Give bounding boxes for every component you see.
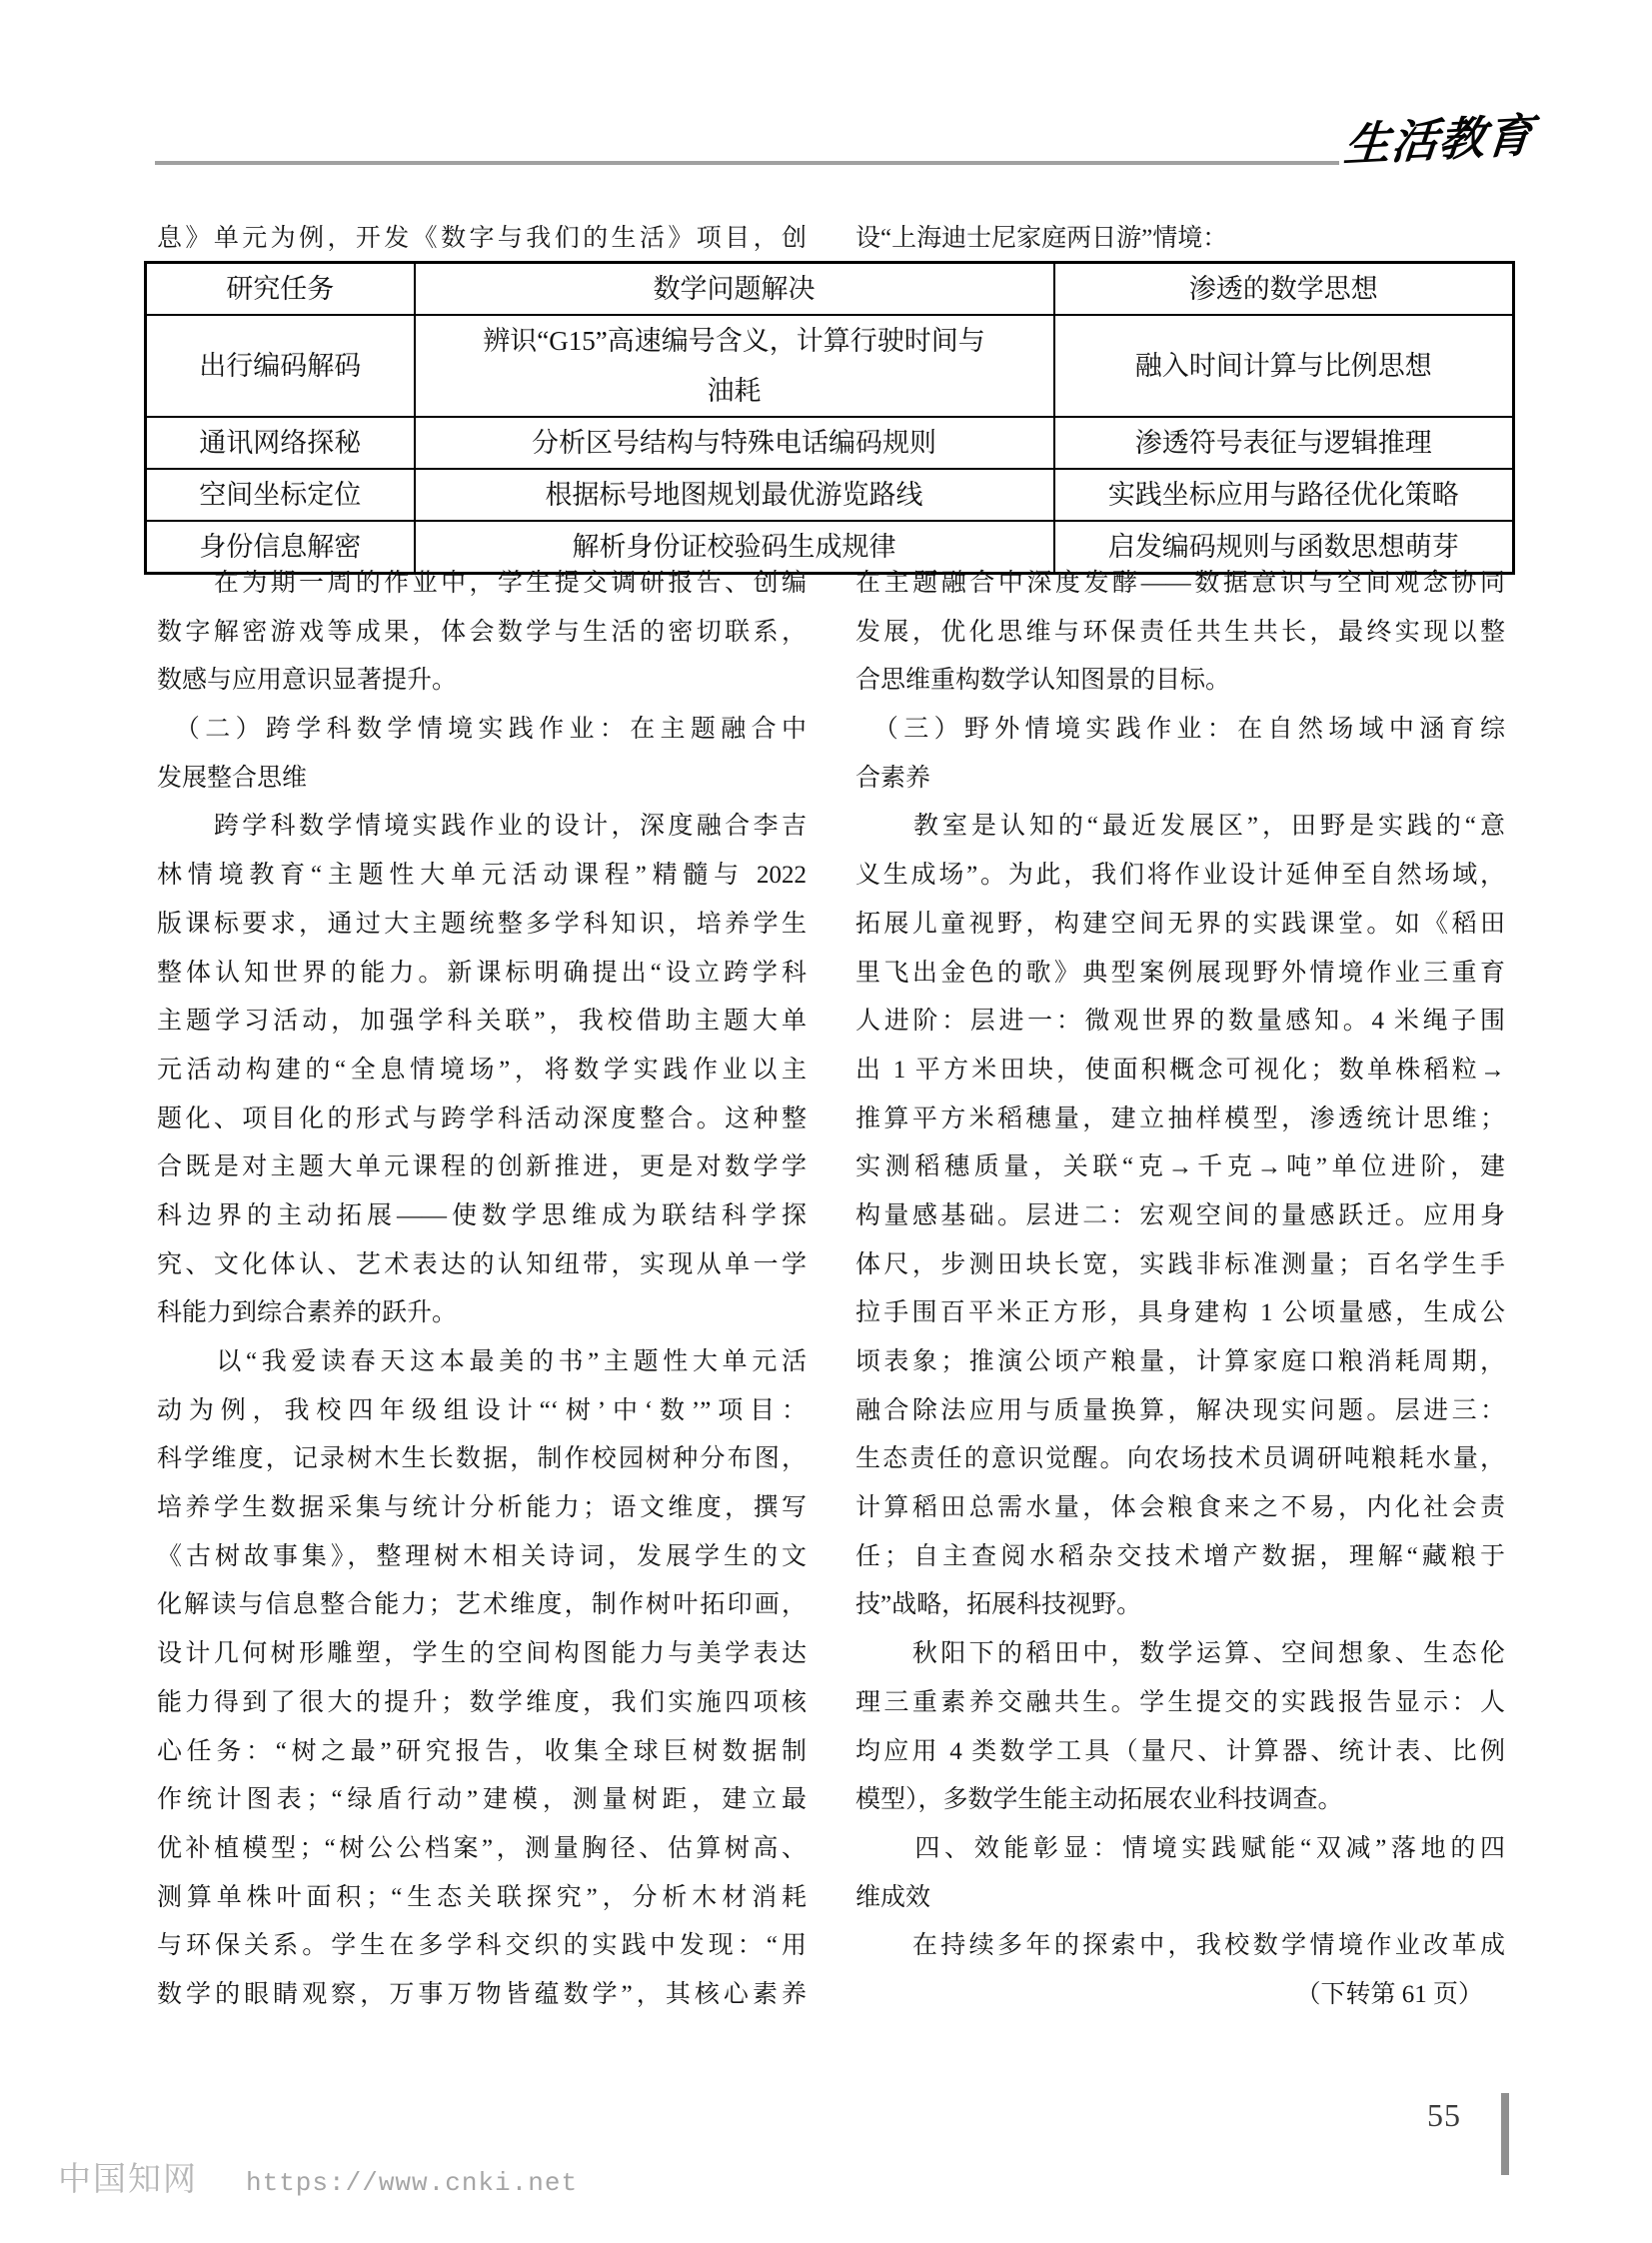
text-line: 化解读与信息整合能力；艺术维度，制作树叶拓印画，: [157, 1581, 807, 1630]
journal-page: 生活教育 息》单元为例，开发《数字与我们的生活》项目，创 设“上海迪士尼家庭两日…: [0, 0, 1652, 2243]
table-header-cell: 数学问题解决: [415, 263, 1054, 316]
text-line: 优补植模型；“树公公档案”，测量胸径、估算树高、: [157, 1825, 807, 1874]
table-row: 空间坐标定位 根据标号地图规划最优游览路线 实践坐标应用与路径优化策略: [146, 469, 1514, 521]
table-cell: 融入时间计算与比例思想: [1054, 315, 1514, 417]
text-line: 科学维度，记录树木生长数据，制作校园树种分布图，: [157, 1435, 807, 1484]
table-header-cell: 渗透的数学思想: [1054, 263, 1514, 316]
text-line: 四、效能彰显：情境实践赋能“双减”落地的四: [855, 1825, 1505, 1874]
page-number-bar: [1501, 2093, 1509, 2175]
text-line: 数字解密游戏等成果，体会数学与生活的密切联系，: [157, 609, 807, 658]
text-line: 在主题融合中深度发酵——数据意识与空间观念协同: [855, 560, 1505, 609]
right-text-column: 在主题融合中深度发酵——数据意识与空间观念协同发展，优化思维与环保责任共生共长，…: [855, 560, 1505, 2020]
text-line: 与环保关系。学生在多学科交织的实践中发现：“用: [157, 1922, 807, 1971]
text-line: 计算稻田总需水量，体会粮食来之不易，内化社会责: [855, 1484, 1505, 1533]
text-line: 生态责任的意识觉醒。向农场技术员调研吨粮耗水量，: [855, 1435, 1505, 1484]
text-line: 合素养: [855, 755, 1505, 804]
text-line: （二）跨学科数学情境实践作业：在主题融合中: [157, 706, 807, 755]
table-cell: 空间坐标定位: [146, 469, 415, 521]
table-header-cell: 研究任务: [146, 263, 415, 316]
text-line: 拓展儿童视野，构建空间无界的实践课堂。如《稻田: [855, 901, 1505, 950]
text-line: 合既是对主题大单元课程的创新推进，更是对数学学: [157, 1143, 807, 1192]
watermark-url: https://www.cnki.net: [246, 2168, 578, 2198]
intro-line-left: 息》单元为例，开发《数字与我们的生活》项目，创: [157, 221, 807, 257]
text-line: 版课标要求，通过大主题统整多学科知识，培养学生: [157, 901, 807, 950]
text-line: 理三重素养交融共生。学生提交的实践报告显示：人: [855, 1679, 1505, 1728]
text-line: 体尺，步测田块长宽，实践非标准测量；百名学生手: [855, 1241, 1505, 1290]
table-cell: 辨识“G15”高速编号含义，计算行驶时间与 油耗: [415, 315, 1054, 417]
text-line: 发展整合思维: [157, 755, 807, 804]
text-line: 元活动构建的“全息情境场”，将数学实践作业以主: [157, 1047, 807, 1096]
text-line: 拉手围百平米正方形，具身建构 1 公顷量感，生成公: [855, 1289, 1505, 1338]
masthead-rule: [155, 161, 1339, 165]
text-line: 教室是认知的“最近发展区”，田野是实践的“意: [855, 803, 1505, 852]
text-line: 动为例，我校四年级组设计“‘树’中‘数’”项目：: [157, 1387, 807, 1436]
text-line: 任；自主查阅水稻杂交技术增产数据，理解“藏粮于: [855, 1533, 1505, 1582]
text-line: 实测稻穗质量，关联“克→千克→吨”单位进阶，建: [855, 1143, 1505, 1192]
text-line: 在持续多年的探索中，我校数学情境作业改革成: [855, 1922, 1505, 1971]
text-line: 能力得到了很大的提升；数学维度，我们实施四项核: [157, 1679, 807, 1728]
text-line: 维成效: [855, 1874, 1505, 1923]
journal-logo: 生活教育: [1342, 99, 1537, 175]
text-line: 测算单株叶面积；“生态关联探究”，分析木材消耗: [157, 1874, 807, 1923]
cnki-watermark: 中国知网 https://www.cnki.net: [58, 2153, 578, 2200]
text-line: （三）野外情境实践作业：在自然场域中涵育综: [855, 706, 1505, 755]
text-line: 数感与应用意识显著提升。: [157, 657, 807, 706]
text-line: 推算平方米稻穗量，建立抽样模型，渗透统计思维；: [855, 1096, 1505, 1144]
watermark-site-name: 中国知网: [58, 2153, 198, 2200]
table-row: 通讯网络探秘 分析区号结构与特殊电话编码规则 渗透符号表征与逻辑推理: [146, 417, 1514, 469]
text-line: 义生成场”。为此，我们将作业设计延伸至自然场域，: [855, 852, 1505, 901]
text-line: 心任务：“树之最”研究报告，收集全球巨树数据制: [157, 1728, 807, 1777]
text-line: （下转第 61 页）: [855, 1971, 1505, 2020]
text-line: 《古树故事集》，整理树木相关诗词，发展学生的文: [157, 1533, 807, 1582]
table-row: 出行编码解码 辨识“G15”高速编号含义，计算行驶时间与 油耗 融入时间计算与比…: [146, 315, 1514, 417]
text-line: 以“我爱读春天这本最美的书”主题性大单元活: [157, 1338, 807, 1387]
table-cell: 根据标号地图规划最优游览路线: [415, 469, 1054, 521]
text-line: 培养学生数据采集与统计分析能力；语文维度，撰写: [157, 1484, 807, 1533]
text-line: 设计几何树形雕塑，学生的空间构图能力与美学表达: [157, 1630, 807, 1679]
text-line: 在为期一周的作业中，学生提交调研报告、创编: [157, 560, 807, 609]
text-line: 秋阳下的稻田中，数学运算、空间想象、生态伦: [855, 1630, 1505, 1679]
text-line: 顷表象；推演公顷产粮量，计算家庭口粮消耗周期，: [855, 1338, 1505, 1387]
table-cell: 实践坐标应用与路径优化策略: [1054, 469, 1514, 521]
text-line: 出 1 平方米田块，使面积概念可视化；数单株稻粒→: [855, 1047, 1505, 1096]
text-line: 里飞出金色的歌》典型案例展现野外情境作业三重育: [855, 950, 1505, 999]
text-line: 林情境教育“主题性大单元活动课程”精髓与 2022: [157, 852, 807, 901]
text-line: 数学的眼睛观察，万事万物皆蕴数学”，其核心素养: [157, 1971, 807, 2020]
left-text-column: 在为期一周的作业中，学生提交调研报告、创编数字解密游戏等成果，体会数学与生活的密…: [157, 560, 807, 2020]
table-header-row: 研究任务 数学问题解决 渗透的数学思想: [146, 263, 1514, 316]
text-line: 人进阶：层进一：微观世界的数量感知。4 米绳子围: [855, 998, 1505, 1047]
text-line: 融合除法应用与质量换算，解决现实问题。层进三：: [855, 1387, 1505, 1436]
text-line: 合思维重构数学认知图景的目标。: [855, 657, 1505, 706]
text-line: 科能力到综合素养的跃升。: [157, 1289, 807, 1338]
table-cell: 通讯网络探秘: [146, 417, 415, 469]
research-task-table: 研究任务 数学问题解决 渗透的数学思想 出行编码解码 辨识“G15”高速编号含义…: [144, 261, 1515, 575]
text-line: 构量感基础。层进二：宏观空间的量感跃迁。应用身: [855, 1192, 1505, 1241]
table-cell: 渗透符号表征与逻辑推理: [1054, 417, 1514, 469]
table-cell: 出行编码解码: [146, 315, 415, 417]
table-cell: 分析区号结构与特殊电话编码规则: [415, 417, 1054, 469]
text-line: 模型），多数学生能主动拓展农业科技调查。: [855, 1776, 1505, 1825]
text-line: 科边界的主动拓展——使数学思维成为联结科学探: [157, 1192, 807, 1241]
text-line: 整体认知世界的能力。新课标明确提出“设立跨学科: [157, 950, 807, 999]
text-line: 作统计图表；“绿盾行动”建模，测量树距，建立最: [157, 1776, 807, 1825]
text-line: 发展，优化思维与环保责任共生共长，最终实现以整: [855, 609, 1505, 658]
text-line: 技”战略，拓展科技视野。: [855, 1581, 1505, 1630]
text-line: 跨学科数学情境实践作业的设计，深度融合李吉: [157, 803, 807, 852]
intro-line-right: 设“上海迪士尼家庭两日游”情境：: [855, 221, 1515, 257]
text-line: 均应用 4 类数学工具（量尺、计算器、统计表、比例: [855, 1728, 1505, 1777]
text-line: 题化、项目化的形式与跨学科活动深度整合。这种整: [157, 1096, 807, 1144]
page-number: 55: [1427, 2097, 1461, 2134]
text-line: 究、文化体认、艺术表达的认知纽带，实现从单一学: [157, 1241, 807, 1290]
text-line: 主题学习活动，加强学科关联”，我校借助主题大单: [157, 998, 807, 1047]
